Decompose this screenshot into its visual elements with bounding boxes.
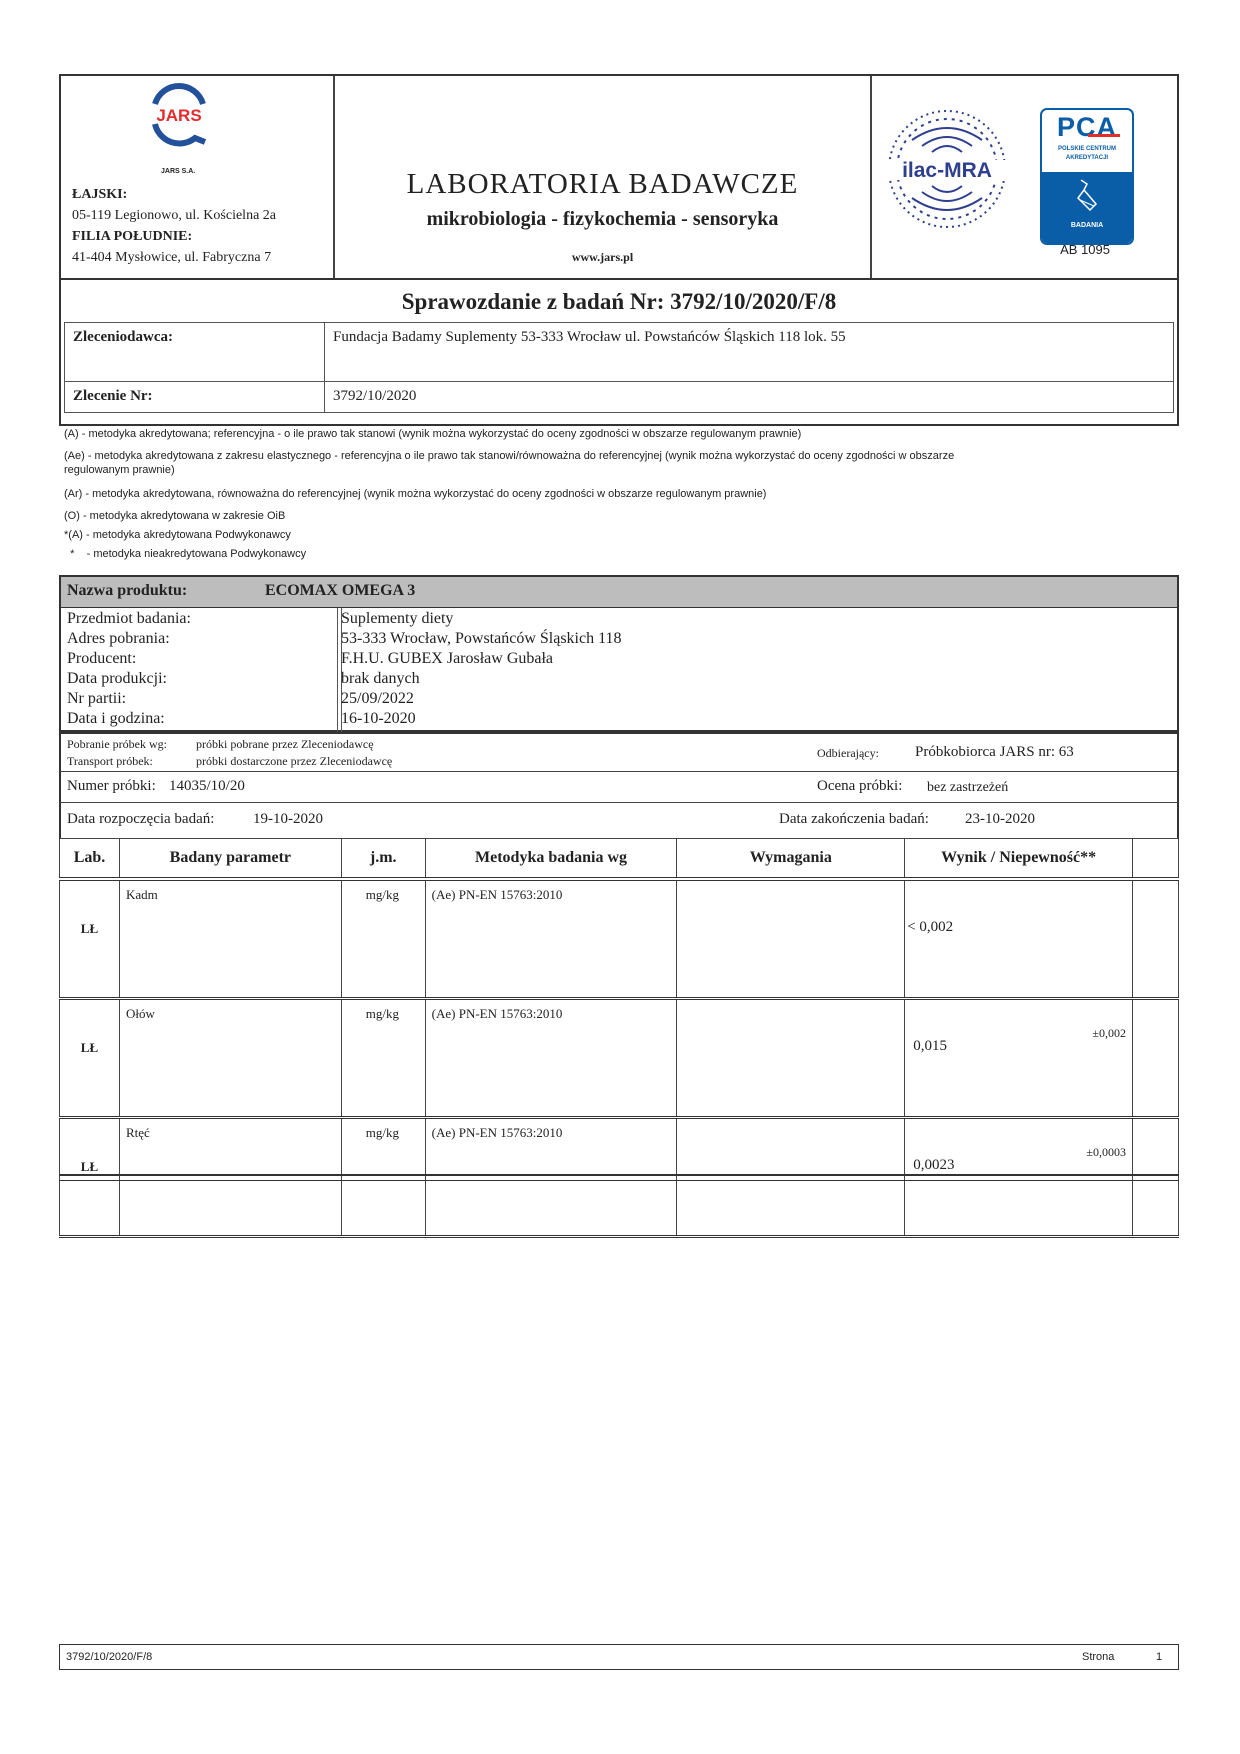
sampling-row: Pobranie próbek wg: próbki pobrane przez… xyxy=(59,732,1179,772)
product-name-label: Nazwa produktu: xyxy=(67,582,187,600)
product-field-label: Data i godzina: xyxy=(67,710,165,728)
ilac-mra-logo-icon: ilac-MRA xyxy=(884,106,1010,232)
branch2-address: 41-404 Mysłowice, ul. Fabryczna 7 xyxy=(72,247,271,268)
accreditation-number: AB 1095 xyxy=(1040,242,1130,257)
result-cell: < 0,002 xyxy=(905,879,1133,999)
footer-page-label: Strona xyxy=(1082,1651,1114,1663)
column-header: Lab. xyxy=(60,839,120,880)
result-value: 0,015 xyxy=(913,1038,947,1055)
accreditation-logos: ilac-MRA PCA POLSKIE CENTRUM AKREDYTACJI… xyxy=(872,76,1177,278)
test-dates-row: Data rozpoczęcia badań: 19-10-2020 Data … xyxy=(59,803,1179,838)
branch1-address: 05-119 Legionowo, ul. Kościelna 2a xyxy=(72,205,276,226)
lab-title: LABORATORIA BADAWCZE xyxy=(335,168,870,201)
jars-logo-icon: JARS xyxy=(149,82,209,148)
product-field-value: F.H.U. GUBEX Jarosław Gubała xyxy=(341,650,553,668)
column-header: Wynik / Niepewność** xyxy=(905,839,1133,880)
branch2-label: FILIA POŁUDNIE: xyxy=(72,226,192,247)
results-header-row: Lab.Badany parametrj.m.Metodyka badania … xyxy=(60,839,1179,880)
client-label-cell: Zleceniodawca: xyxy=(64,322,325,382)
logo-caption: JARS S.A. xyxy=(161,168,195,175)
product-field-value: Suplementy diety xyxy=(341,610,453,628)
order-value-cell: 3792/10/2020 xyxy=(324,381,1174,413)
column-header: Metodyka badania wg xyxy=(425,839,677,880)
order-label-cell: Zlecenie Nr: xyxy=(64,381,325,413)
lab-cell: LŁ xyxy=(60,999,120,1118)
parameter-cell: Ołów xyxy=(119,999,341,1118)
footer-page-number: 1 xyxy=(1156,1651,1162,1663)
method-cell: (Ae) PN-EN 15763:2010 xyxy=(425,999,677,1118)
requirement-cell xyxy=(677,999,905,1118)
extra-cell xyxy=(1133,999,1179,1118)
lab-cell: LŁ xyxy=(60,879,120,999)
column-header: Wymagania xyxy=(677,839,905,880)
product-field-label: Przedmiot badania: xyxy=(67,610,191,628)
product-field-label: Data produkcji: xyxy=(67,670,167,688)
note-a: (A) - metodyka akredytowana; referencyjn… xyxy=(64,427,801,441)
pca-logo: PCA POLSKIE CENTRUM AKREDYTACJI BADANIA xyxy=(1040,108,1134,245)
note-ae: (Ae) - metodyka akredytowana z zakresu e… xyxy=(64,449,954,463)
unit-cell: mg/kg xyxy=(341,999,425,1118)
svg-text:JARS: JARS xyxy=(156,106,201,125)
method-cell: (Ae) PN-EN 15763:2010 xyxy=(425,879,677,999)
note-o: (O) - metodyka akredytowana w zakresie O… xyxy=(64,509,285,523)
product-field-value: brak danych xyxy=(341,670,420,688)
result-value: 0,0023 xyxy=(913,1157,954,1174)
flask-icon xyxy=(1072,178,1102,214)
branch1-label: ŁAJSKI: xyxy=(72,184,127,205)
svg-text:ilac-MRA: ilac-MRA xyxy=(902,159,992,182)
uncertainty-value: ±0,002 xyxy=(1092,1026,1126,1041)
column-header: Badany parametr xyxy=(119,839,341,880)
lab-title-block: LABORATORIA BADAWCZE mikrobiologia - fiz… xyxy=(335,76,872,278)
product-field-value: 25/09/2022 xyxy=(341,690,414,708)
product-name-row: Nazwa produktu: ECOMAX OMEGA 3 xyxy=(61,577,1177,608)
product-field-value: 53-333 Wrocław, Powstańców Śląskich 118 xyxy=(341,630,622,648)
extra-cell xyxy=(1133,879,1179,999)
product-field-label: Adres pobrania: xyxy=(67,630,170,648)
result-cell: 0,015 ±0,002 xyxy=(905,999,1133,1118)
note-sub-a: *(A) - metodyka akredytowana Podwykonawc… xyxy=(64,528,291,542)
website-link[interactable]: www.jars.pl xyxy=(335,250,870,265)
page-footer: 3792/10/2020/F/8 Strona 1 xyxy=(59,1644,1179,1670)
product-field-label: Nr partii: xyxy=(67,690,126,708)
sample-number-row: Numer próbki: 14035/10/20 Ocena próbki: … xyxy=(59,772,1179,803)
report-header: JARS JARS S.A. ŁAJSKI: 05-119 Legionowo,… xyxy=(59,74,1179,280)
note-ar: (Ar) - metodyka akredytowana, równoważna… xyxy=(64,487,766,501)
product-name-value: ECOMAX OMEGA 3 xyxy=(265,582,415,600)
product-section: Nazwa produktu: ECOMAX OMEGA 3 Przedmiot… xyxy=(59,575,1179,732)
table-row: LŁ Kadm mg/kg (Ae) PN-EN 15763:2010 < 0,… xyxy=(60,879,1179,999)
requirement-cell xyxy=(677,879,905,999)
unit-cell: mg/kg xyxy=(341,879,425,999)
column-header xyxy=(1133,839,1179,880)
parameter-cell: Kadm xyxy=(119,879,341,999)
footer-report-no: 3792/10/2020/F/8 xyxy=(66,1651,152,1663)
company-info: JARS JARS S.A. ŁAJSKI: 05-119 Legionowo,… xyxy=(61,76,335,278)
result-value: < 0,002 xyxy=(907,919,953,936)
client-box: Zleceniodawca: Fundacja Badamy Suplement… xyxy=(59,316,1179,426)
client-value-cell: Fundacja Badamy Suplementy 53-333 Wrocła… xyxy=(324,322,1174,382)
product-field-value: 16-10-2020 xyxy=(341,710,416,728)
uncertainty-value: ±0,0003 xyxy=(1086,1145,1126,1160)
lab-subtitle: mikrobiologia - fizykochemia - sensoryka xyxy=(335,208,870,231)
note-sub-na: * - metodyka nieakredytowana Podwykonawc… xyxy=(64,547,306,561)
note-ae-cont: regulowanym prawnie) xyxy=(64,463,175,477)
product-field-label: Producent: xyxy=(67,650,136,668)
column-header: j.m. xyxy=(341,839,425,880)
table-row: LŁ Ołów mg/kg (Ae) PN-EN 15763:2010 0,01… xyxy=(60,999,1179,1118)
